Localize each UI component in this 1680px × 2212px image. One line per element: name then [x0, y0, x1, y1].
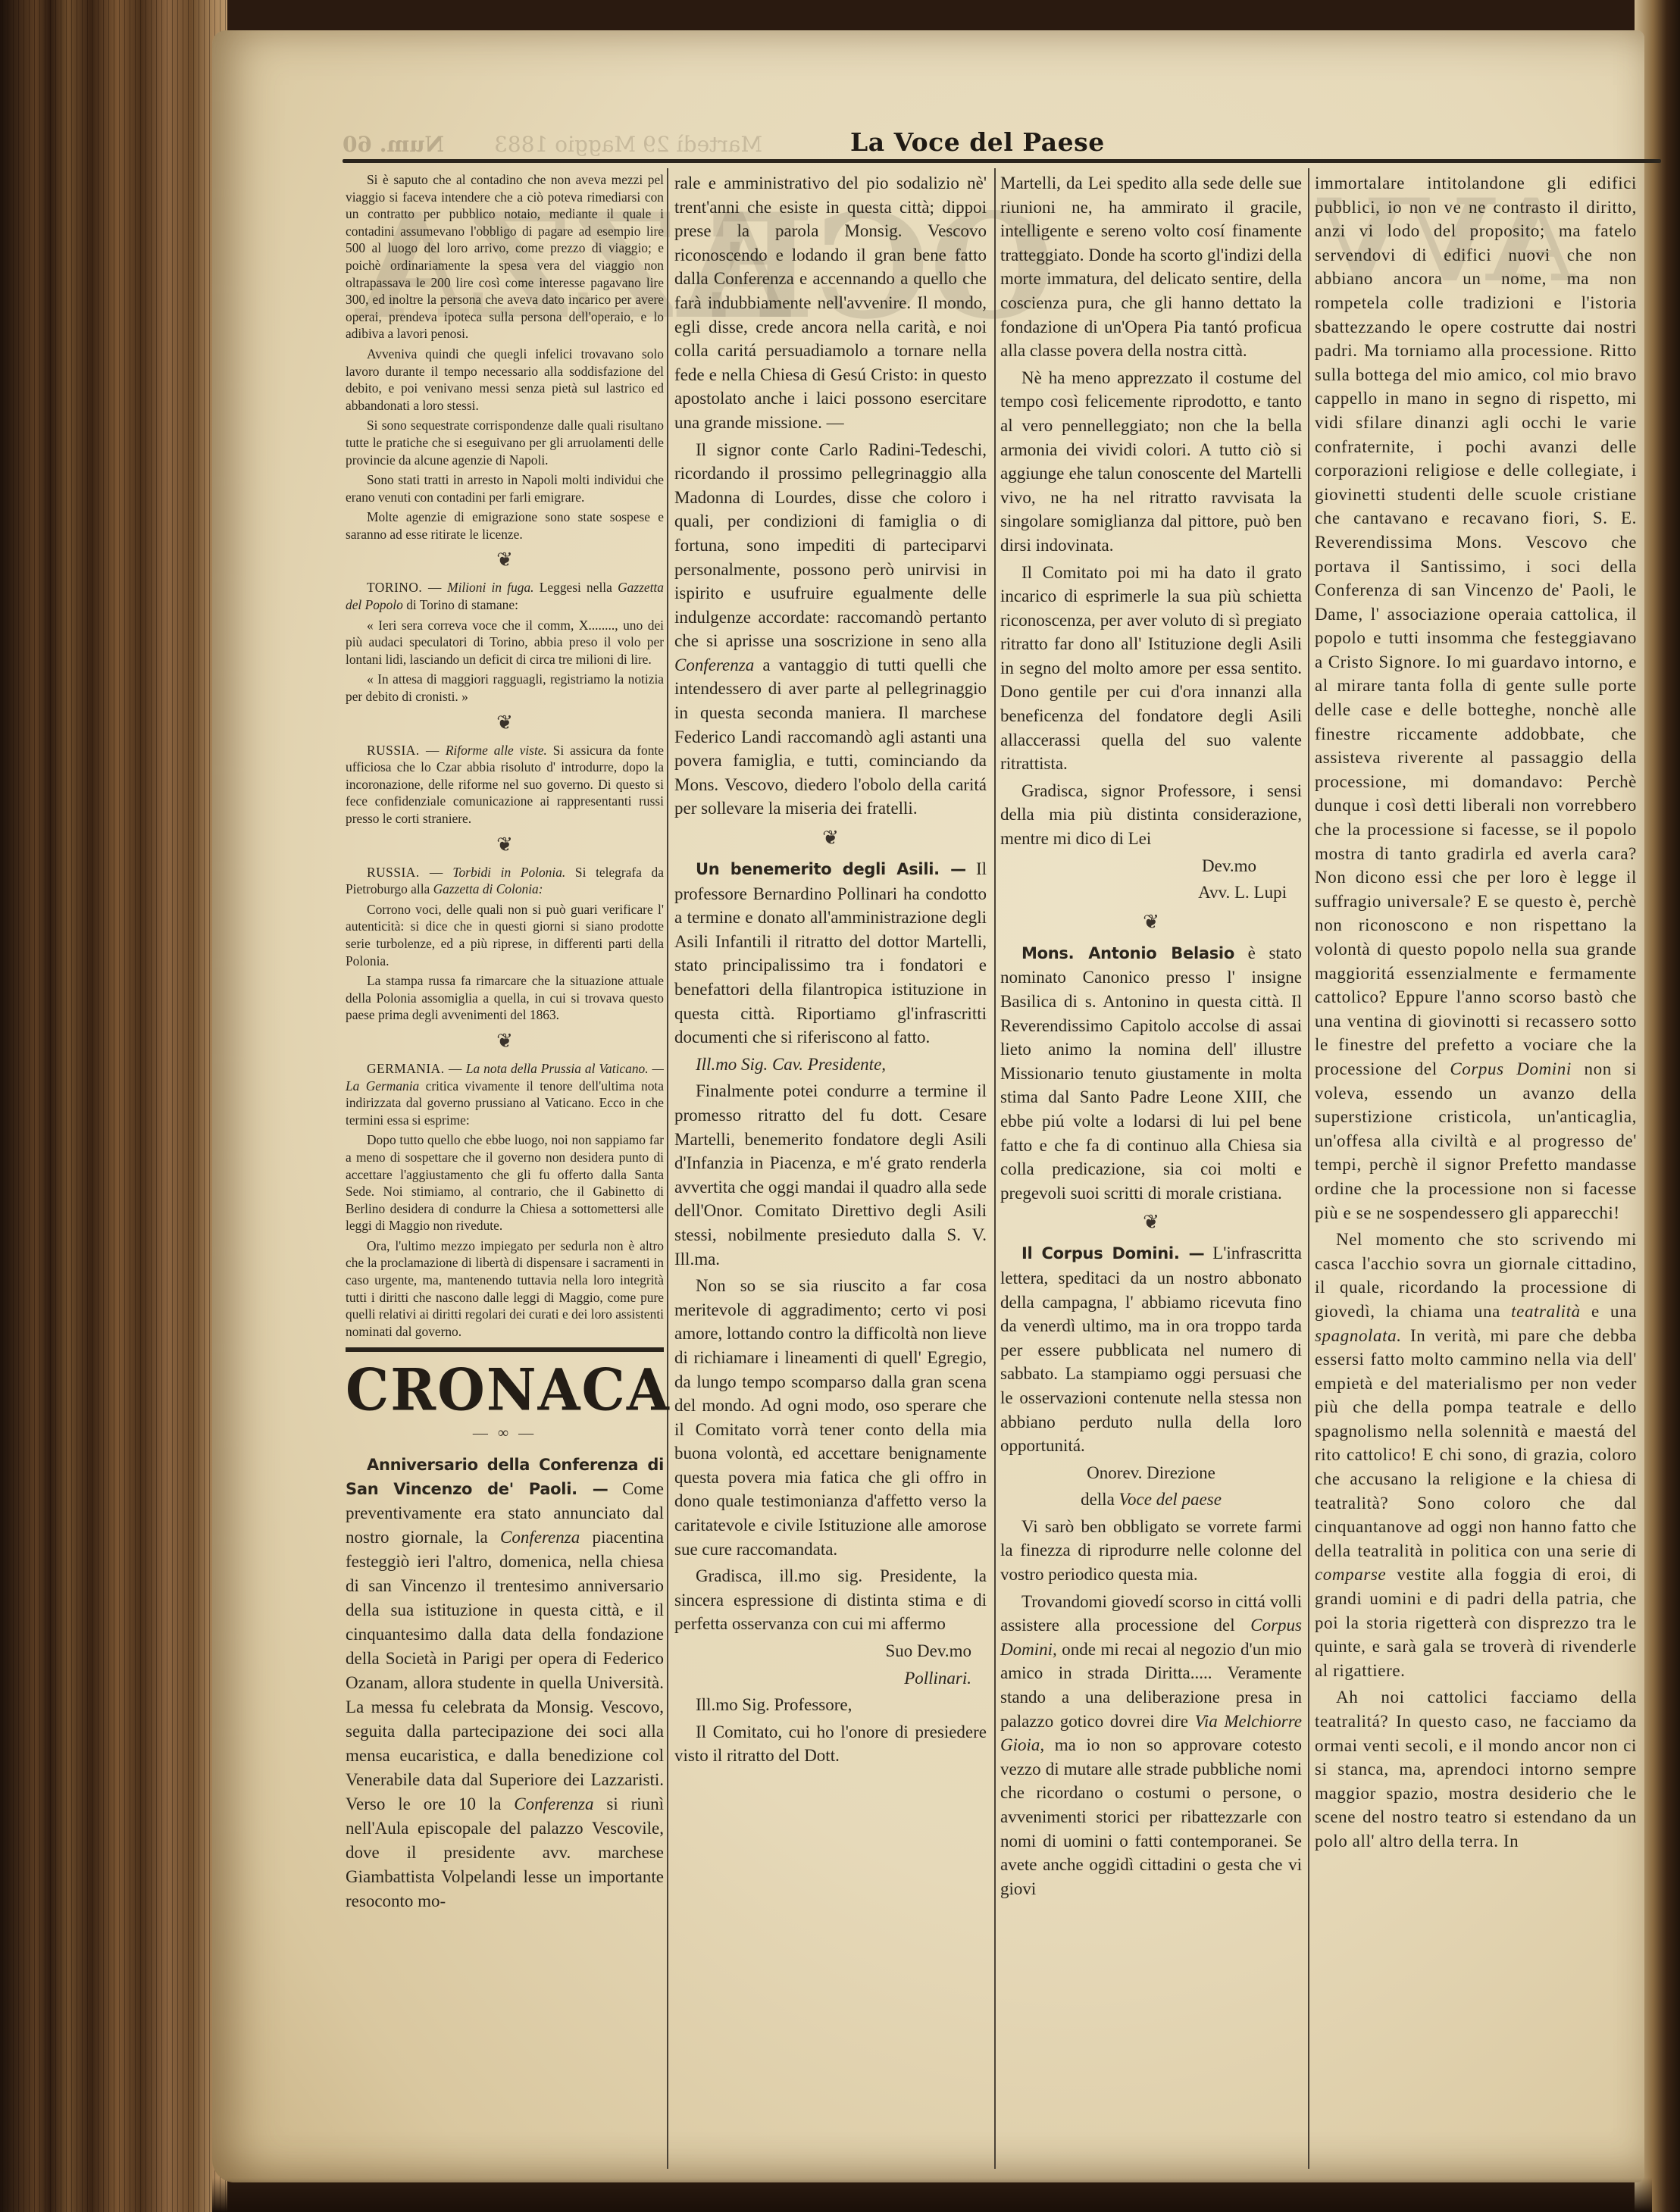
article-paragraph: Corrono voci, delle quali non si può gua… — [346, 901, 664, 969]
letter-signature-name: Pollinari. — [674, 1666, 987, 1691]
column-4: immortalare intitolandone gli edifici pu… — [1315, 171, 1637, 1857]
letter-signature: Dev.mo — [1000, 854, 1302, 878]
fleuron-ornament-icon: ❦ — [1000, 1209, 1302, 1235]
letter-paragraph: Trovandomi giovedí scorso in cittá volli… — [1000, 1590, 1302, 1901]
letter-paragraph: Ah noi cattolici facciamo della teatrali… — [1315, 1685, 1637, 1853]
news-item-benemerito: Un benemerito degli Asili. — Il professo… — [674, 857, 987, 1050]
masthead: Num. 60 Martedì 29 Maggio 1883 La Voce d… — [343, 126, 1661, 164]
article-paragraph: La stampa russa fa rimarcare che la situ… — [346, 972, 664, 1024]
letter-address: della Voce del paese — [1000, 1488, 1302, 1512]
masthead-rule — [343, 159, 1661, 163]
letter-signature-name: Avv. L. Lupi — [1000, 881, 1302, 905]
fleuron-ornament-icon: ❦ — [1000, 909, 1302, 935]
column-3: Martelli, da Lei spedito alla sede delle… — [1000, 171, 1302, 1904]
letter-salutation: Ill.mo Sig. Professore, — [674, 1693, 987, 1717]
letter-salutation: Ill.mo Sig. Cav. Presidente, — [674, 1053, 987, 1077]
article-paragraph: rale e amministrativo del pio sodalizio … — [674, 171, 987, 435]
letter-paragraph: Finalmente potei condurre a termine il p… — [674, 1079, 987, 1271]
article-paragraph: Ora, l'ultimo mezzo impiegato per sedurl… — [346, 1237, 664, 1341]
letter-paragraph: Il Comitato, cui ho l'onore di presieder… — [674, 1720, 987, 1768]
news-item-torino: TORINO. — Milioni in fuga. Leggesi nella… — [346, 579, 664, 613]
letter-address: Onorev. Direzione — [1000, 1461, 1302, 1485]
column-divider — [667, 168, 668, 2169]
letter-signature: Suo Dev.mo — [674, 1639, 987, 1663]
article-paragraph: Molte agenzie di emigrazione sono state … — [346, 508, 664, 543]
section-rule — [346, 1347, 664, 1352]
news-item-russia-poland: RUSSIA. — Torbidi in Polonia. Si telegra… — [346, 864, 664, 898]
quote-paragraph: « In attesa di maggiori ragguagli, regis… — [346, 671, 664, 705]
fleuron-ornament-icon: ❦ — [346, 1028, 664, 1054]
news-item-russia-reforms: RUSSIA. — Riforme alle viste. Si assicur… — [346, 742, 664, 828]
fleuron-ornament-icon: ❦ — [674, 825, 987, 851]
article-paragraph: Sono stati tratti in arresto in Napoli m… — [346, 471, 664, 505]
letter-paragraph: Il Comitato poi mi ha dato il grato inca… — [1000, 561, 1302, 776]
letter-paragraph: Vi sarò ben obbligato se vorrete farmi l… — [1000, 1515, 1302, 1587]
quote-paragraph: « Ieri sera correva voce che il comm, X.… — [346, 617, 664, 668]
column-2: rale e amministrativo del pio sodalizio … — [674, 171, 987, 1771]
article-paragraph: Avveniva quindi che quegli infelici trov… — [346, 346, 664, 414]
page-bottom-shadow — [212, 2178, 1652, 2212]
news-item-belasio: Mons. Antonio Belasio è stato nominato C… — [1000, 941, 1302, 1206]
letter-paragraph: Nel momento che sto scrivendo mi casca l… — [1315, 1228, 1637, 1682]
section-title-cronaca: CRONACA — [346, 1358, 664, 1422]
letter-paragraph: Gradisca, signor Professore, i sensi del… — [1000, 779, 1302, 851]
newspaper-title: La Voce del Paese — [850, 127, 1105, 157]
fleuron-ornament-icon: ❦ — [346, 832, 664, 858]
article-paragraph: Il signor conte Carlo Radini-Tedeschi, r… — [674, 438, 987, 821]
letter-paragraph: Non so se sia riuscito a far cosa merite… — [674, 1274, 987, 1561]
column-divider — [994, 168, 996, 2169]
date-bleedthrough: Martedì 29 Maggio 1883 — [494, 132, 762, 157]
letter-paragraph: Nè ha meno apprezzato il costume del tem… — [1000, 366, 1302, 558]
letter-paragraph: Martelli, da Lei spedito alla sede delle… — [1000, 171, 1302, 363]
column-divider — [1308, 168, 1309, 2169]
fleuron-ornament-icon: ❦ — [346, 710, 664, 736]
news-item-corpus-domini: Il Corpus Domini. — L'infrascritta lette… — [1000, 1241, 1302, 1457]
letter-paragraph: Gradisca, ill.mo sig. Presidente, la sin… — [674, 1564, 987, 1636]
issue-number-bleedthrough: Num. 60 — [343, 132, 444, 157]
letter-paragraph: immortalare intitolandone gli edifici pu… — [1315, 171, 1637, 1225]
divider-ornament-icon: — ∞ — — [346, 1425, 664, 1442]
fleuron-ornament-icon: ❦ — [346, 547, 664, 573]
article-paragraph: Dopo tutto quello che ebbe luogo, noi no… — [346, 1131, 664, 1234]
news-item-anniversario: Anniversario della Conferenza di San Vin… — [346, 1453, 664, 1913]
article-paragraph: Si è saputo che al contadino che non ave… — [346, 171, 664, 343]
column-1: Si è saputo che al contadino che non ave… — [346, 171, 664, 1916]
news-item-germania: GERMANIA. — La nota della Prussia al Vat… — [346, 1060, 664, 1128]
book-spine-edges — [0, 0, 227, 2212]
article-paragraph: Si sono sequestrate corrispondenze dalle… — [346, 417, 664, 468]
